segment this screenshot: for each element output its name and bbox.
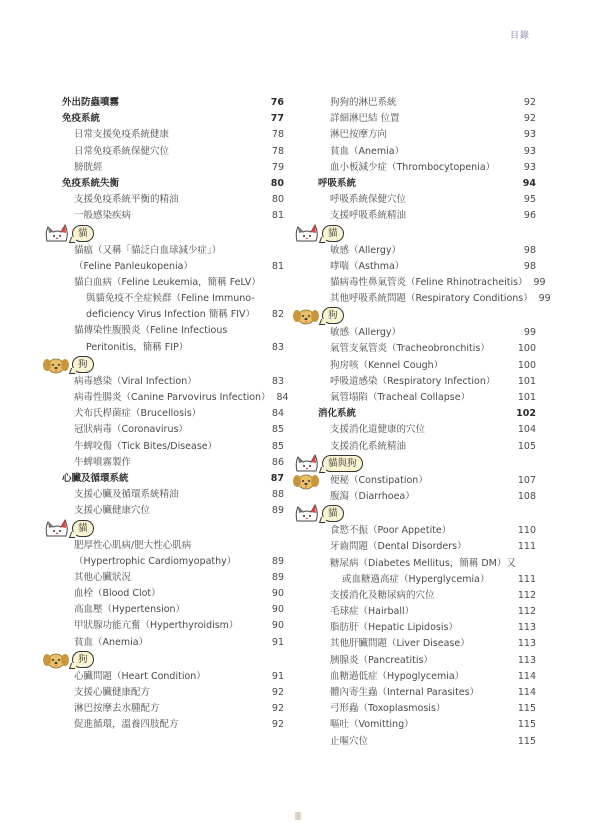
toc-entry-page: 80 — [266, 176, 284, 192]
toc-entry-page: 113 — [518, 636, 536, 652]
toc-entry[interactable]: 病毒性腸炎（Canine Parvovirus Infection）84 — [62, 390, 284, 406]
toc-entry-title: 免疫系統失衡 — [62, 176, 266, 192]
toc-entry[interactable]: 淋巴按摩去水腫配方92 — [62, 701, 284, 717]
toc-entry-title: 呼吸系統保健穴位 — [318, 192, 518, 208]
toc-entry-title: 與貓免疫不全症候群（Feline Immuno- — [62, 291, 266, 307]
toc-entry-title: deficiency Virus Infection 簡稱 FIV） — [62, 307, 266, 323]
toc-entry-title: 哮喘（Asthma） — [318, 259, 518, 275]
toc-entry-title: 血糖過低症（Hypoglycemia） — [318, 669, 518, 685]
toc-entry-page: 114 — [518, 685, 536, 701]
toc-entry-page: 91 — [266, 669, 284, 685]
toc-entry-title: 脂肪肝（Hepatic Lipidosis） — [318, 620, 518, 636]
toc-entry-title: 淋巴按摩去水腫配方 — [62, 701, 266, 717]
toc-entry-page: 112 — [518, 588, 536, 604]
toc-entry-page: 96 — [518, 208, 536, 224]
toc-entry[interactable]: 毛球症（Hairball）112 — [318, 604, 536, 620]
toc-entry-page: 85 — [266, 422, 284, 438]
cat-icon — [294, 503, 320, 523]
dog-icon — [42, 355, 70, 375]
toc-entry-page: 83 — [266, 374, 284, 390]
running-head-title: 目錄 — [510, 28, 530, 41]
toc-left-column: 外出防蟲噴霧76免疫系統77日常支援免疫系統健康78日常免疫系統保健穴位78膀胱… — [62, 95, 284, 734]
toc-entry-title: 支援消化及糖尿病的穴位 — [318, 588, 518, 604]
toc-entry-page: 108 — [518, 489, 536, 505]
dog-label-bubble: 狗 — [72, 356, 94, 373]
toc-entry[interactable]: 支援心臟健康穴位89 — [62, 503, 284, 519]
toc-entry-title: 食慾不振（Poor Appetite） — [318, 523, 518, 539]
toc-entry-page: 84 — [266, 406, 284, 422]
toc-entry-title: （Feline Panleukopenia） — [62, 259, 266, 275]
toc-entry-page: 81 — [266, 259, 284, 275]
toc-entry-page: 100 — [518, 358, 536, 374]
toc-entry-page: 91 — [266, 635, 284, 651]
cat-tag: 貓 — [62, 520, 284, 538]
toc-entry-page: 107 — [518, 473, 536, 489]
toc-entry[interactable]: 胰腺炎（Pancreatitis）113 — [318, 653, 536, 669]
toc-entry-page: 115 — [518, 701, 536, 717]
page-number-marker — [295, 812, 301, 820]
toc-entry-title: 貧血（Anemia） — [62, 635, 266, 651]
toc-entry-title: 消化系統 — [318, 406, 516, 422]
toc-block: 食慾不振（Poor Appetite）110牙齒問題（Dental Disord… — [318, 523, 536, 750]
toc-entry-title: 高血壓（Hypertension） — [62, 602, 266, 618]
toc-entry-title: 狗狗的淋巴系統 — [318, 95, 518, 111]
toc-entry-page: 90 — [266, 586, 284, 602]
toc-entry-title: 便秘（Constipation） — [318, 473, 518, 489]
toc-entry-page: 92 — [266, 717, 284, 733]
toc-entry-page: 111 — [518, 572, 536, 588]
toc-section-heading[interactable]: 免疫系統77 — [62, 111, 284, 127]
toc-entry-title: （Hypertrophic Cardiomyopathy） — [62, 554, 266, 570]
toc-entry[interactable]: 貧血（Anemia）93 — [318, 144, 536, 160]
toc-entry[interactable]: 貓白血病（Feline Leukemia，簡稱 FeLV） — [62, 275, 284, 291]
toc-block: 心臟及循環系統87支援心臟及循環系統精油88支援心臟健康穴位89 — [62, 471, 284, 520]
toc-entry[interactable]: 病毒感染（Viral Infection）83 — [62, 374, 284, 390]
toc-entry-page: 99 — [528, 275, 546, 291]
dog-tag: 狗 — [318, 307, 536, 325]
toc-entry-page: 115 — [518, 717, 536, 733]
toc-entry-title: 犬布氏桿菌症（Brucellosis） — [62, 406, 266, 422]
toc-entry-title: 貓病毒性鼻氣管炎（Feline Rhinotracheitis） — [318, 275, 528, 291]
toc-entry-page: 100 — [518, 341, 536, 357]
toc-entry-title: 淋巴按摩方向 — [318, 127, 518, 143]
toc-block: 敏感（Allergy）98哮喘（Asthma）98貓病毒性鼻氣管炎（Feline… — [318, 243, 536, 308]
cat-label-bubble: 貓 — [72, 520, 94, 537]
toc-entry-page: 99 — [533, 291, 551, 307]
dog-tag: 狗 — [62, 356, 284, 374]
toc-entry-page: 78 — [266, 127, 284, 143]
toc-entry-title: 詳細淋巴結 位置 — [318, 111, 518, 127]
toc-entry-page: 112 — [518, 604, 536, 620]
toc-entry-page: 85 — [266, 439, 284, 455]
toc-entry[interactable]: Peritonitis，簡稱 FIP）83 — [62, 340, 284, 356]
catdog-section: 便秘（Constipation）107腹瀉（Diarrhoea）108 — [318, 473, 536, 505]
toc-section-heading[interactable]: 心臟及循環系統87 — [62, 471, 284, 487]
toc-entry-title: 呼吸道感染（Respiratory Infection） — [318, 374, 518, 390]
toc-entry[interactable]: 膀胱經79 — [62, 160, 284, 176]
dog-icon — [292, 471, 320, 491]
toc-entry[interactable]: 狗房咳（Kennel Cough）100 — [318, 358, 536, 374]
cat-and-dog-tag: 貓與狗 — [318, 455, 536, 473]
toc-entry[interactable]: 哮喘（Asthma）98 — [318, 259, 536, 275]
toc-entry[interactable]: 其他肝臟問題（Liver Disease）113 — [318, 636, 536, 652]
cat-icon — [44, 223, 70, 243]
toc-entry[interactable]: 嘔吐（Vomitting）115 — [318, 717, 536, 733]
toc-entry-page: 92 — [266, 701, 284, 717]
toc-entry-page: 89 — [266, 503, 284, 519]
toc-entry[interactable]: 支援心臟健康配方92 — [62, 685, 284, 701]
toc-section-heading[interactable]: 呼吸系統94 — [318, 176, 536, 192]
toc-entry-page: 79 — [266, 160, 284, 176]
toc-entry-title: 毛球症（Hairball） — [318, 604, 518, 620]
toc-entry-title: 肥厚性心肌病/肥大性心肌病 — [62, 538, 266, 554]
dog-icon — [42, 650, 70, 670]
toc-block: 心臟問題（Heart Condition）91支援心臟健康配方92淋巴按摩去水腫… — [62, 669, 284, 734]
cat-tag: 貓 — [318, 505, 536, 523]
toc-entry-title: 止嘔穴位 — [318, 734, 518, 750]
toc-entry-page: 113 — [518, 620, 536, 636]
toc-entry[interactable]: 牛蜱噴霧製作86 — [62, 455, 284, 471]
toc-entry[interactable]: 貓病毒性鼻氣管炎（Feline Rhinotracheitis）99 — [318, 275, 536, 291]
toc-entry-title: 狗房咳（Kennel Cough） — [318, 358, 518, 374]
toc-entry-title: 貧血（Anemia） — [318, 144, 518, 160]
toc-entry-title: 糖尿病（Diabetes Mellitus，簡稱 DM）又 — [318, 556, 518, 572]
toc-entry-page: 93 — [518, 160, 536, 176]
toc-entry[interactable]: 止嘔穴位115 — [318, 734, 536, 750]
toc-entry-page: 111 — [518, 539, 536, 555]
toc-entry-page: 104 — [518, 422, 536, 438]
toc-entry[interactable]: 心臟問題（Heart Condition）91 — [62, 669, 284, 685]
toc-entry-page: 113 — [518, 653, 536, 669]
toc-entry[interactable]: 其他呼吸系統問題（Respiratory Conditions）99 — [318, 291, 536, 307]
toc-entry-title: 一般感染疾病 — [62, 208, 266, 224]
toc-entry[interactable]: 血栓（Blood Clot）90 — [62, 586, 284, 602]
cat-icon — [294, 223, 320, 243]
cat-label-bubble: 貓 — [322, 505, 344, 522]
toc-entry-title: 心臟問題（Heart Condition） — [62, 669, 266, 685]
toc-entry-page: 115 — [518, 734, 536, 750]
toc-entry[interactable]: 肥厚性心肌病/肥大性心肌病 — [62, 538, 284, 554]
toc-entry-title: 病毒性腸炎（Canine Parvovirus Infection） — [62, 390, 271, 406]
toc-entry-title: 呼吸系統 — [318, 176, 518, 192]
toc-entry-title: 支援心臟健康穴位 — [62, 503, 266, 519]
toc-entry[interactable]: 支援免疫系統平衡的精油80 — [62, 192, 284, 208]
toc-entry-title: 冠狀病毒（Coronavirus） — [62, 422, 266, 438]
toc-entry-title: 弓形蟲（Toxoplasmosis） — [318, 701, 518, 717]
toc-entry[interactable]: 貧血（Anemia）91 — [62, 635, 284, 651]
toc-entry-page: 95 — [518, 192, 536, 208]
toc-block: 狗狗的淋巴系統92詳細淋巴結 位置92淋巴按摩方向93貧血（Anemia）93血… — [318, 95, 536, 225]
toc-entry-title: 或血糖過高症（Hyperglycemia） — [318, 572, 518, 588]
toc-entry[interactable]: 或血糖過高症（Hyperglycemia）111 — [318, 572, 536, 588]
toc-entry-title: 其他肝臟問題（Liver Disease） — [318, 636, 518, 652]
toc-entry[interactable]: 支援呼吸系統精油96 — [318, 208, 536, 224]
cat-icon — [44, 518, 70, 538]
toc-entry-page: 78 — [266, 144, 284, 160]
toc-entry[interactable]: 狗狗的淋巴系統92 — [318, 95, 536, 111]
toc-entry-title: 牛蜱噴霧製作 — [62, 455, 266, 471]
toc-entry-page: 77 — [266, 111, 284, 127]
toc-entry-page: 86 — [266, 455, 284, 471]
toc-entry[interactable]: 支援消化道健康的穴位104 — [318, 422, 536, 438]
toc-entry-page: 92 — [518, 95, 536, 111]
toc-entry-title: 貓瘟（又稱「貓泛白血球減少症」） — [62, 243, 266, 259]
toc-entry-page: 93 — [518, 127, 536, 143]
toc-entry-title: 氣管塌陷（Tracheal Collapse） — [318, 390, 518, 406]
toc-entry-page: 84 — [271, 390, 289, 406]
toc-entry-title: 免疫系統 — [62, 111, 266, 127]
toc-block: 便秘（Constipation）107腹瀉（Diarrhoea）108 — [318, 473, 536, 505]
toc-entry[interactable]: 貓傳染性腹膜炎（Feline Infectious — [62, 323, 284, 339]
toc-entry-title: 甲狀腺功能亢奮（Hyperthyroidism） — [62, 618, 266, 634]
toc-entry-page: 101 — [518, 374, 536, 390]
toc-entry[interactable]: 牙齒問題（Dental Disorders）111 — [318, 539, 536, 555]
toc-block: 敏感（Allergy）99氣管支氣管炎（Tracheobronchitis）10… — [318, 325, 536, 406]
toc-entry[interactable]: 冠狀病毒（Coronavirus）85 — [62, 422, 284, 438]
toc-section-heading[interactable]: 消化系統102 — [318, 406, 536, 422]
toc-block: 外出防蟲噴霧76免疫系統77日常支援免疫系統健康78日常免疫系統保健穴位78膀胱… — [62, 95, 284, 225]
toc-entry-page: 90 — [266, 618, 284, 634]
toc-entry[interactable]: 氣管塌陷（Tracheal Collapse）101 — [318, 390, 536, 406]
toc-entry[interactable]: 糖尿病（Diabetes Mellitus，簡稱 DM）又 — [318, 556, 536, 572]
toc-entry[interactable]: 血糖過低症（Hypoglycemia）114 — [318, 669, 536, 685]
toc-entry[interactable]: 弓形蟲（Toxoplasmosis）115 — [318, 701, 536, 717]
toc-entry[interactable]: （Hypertrophic Cardiomyopathy）89 — [62, 554, 284, 570]
toc-entry-title: 血栓（Blood Clot） — [62, 586, 266, 602]
toc-entry-page: 94 — [518, 176, 536, 192]
toc-entry-title: Peritonitis，簡稱 FIP） — [62, 340, 266, 356]
toc-entry[interactable]: 敏感（Allergy）99 — [318, 325, 536, 341]
toc-entry[interactable]: 其他心臟狀況89 — [62, 570, 284, 586]
toc-entry[interactable]: 淋巴按摩方向93 — [318, 127, 536, 143]
toc-entry[interactable]: 日常支援免疫系統健康78 — [62, 127, 284, 143]
toc-entry[interactable]: 支援心臟及循環系統精油88 — [62, 487, 284, 503]
toc-entry-page: 92 — [266, 685, 284, 701]
toc-entry-title: 貓白血病（Feline Leukemia，簡稱 FeLV） — [62, 275, 266, 291]
toc-section-heading[interactable]: 免疫系統失衡80 — [62, 176, 284, 192]
toc-entry-page: 114 — [518, 669, 536, 685]
toc-entry[interactable]: 詳細淋巴結 位置92 — [318, 111, 536, 127]
toc-entry-page: 92 — [518, 111, 536, 127]
toc-entry-title: 胰腺炎（Pancreatitis） — [318, 653, 518, 669]
toc-entry-title: 血小板減少症（Thrombocytopenia） — [318, 160, 518, 176]
toc-entry-title: 體內寄生蟲（Internal Parasites） — [318, 685, 518, 701]
toc-entry[interactable]: 支援消化系統精油105 — [318, 439, 536, 455]
dog-label-bubble: 狗 — [72, 651, 94, 668]
toc-block: 消化系統102支援消化道健康的穴位104支援消化系統精油105 — [318, 406, 536, 455]
toc-entry-page: 90 — [266, 602, 284, 618]
toc-entry[interactable]: 牛蜱咬傷（Tick Bites/Disease）85 — [62, 439, 284, 455]
toc-entry-title: 日常支援免疫系統健康 — [62, 127, 266, 143]
cat-label-bubble: 貓 — [72, 225, 94, 242]
toc-entry[interactable]: 一般感染疾病81 — [62, 208, 284, 224]
toc-entry[interactable]: 甲狀腺功能亢奮（Hyperthyroidism）90 — [62, 618, 284, 634]
toc-entry-title: 貓傳染性腹膜炎（Feline Infectious — [62, 323, 266, 339]
toc-entry-title: 病毒感染（Viral Infection） — [62, 374, 266, 390]
dog-label-bubble: 狗 — [322, 307, 344, 324]
toc-entry-page: 83 — [266, 340, 284, 356]
toc-right-column: 狗狗的淋巴系統92詳細淋巴結 位置92淋巴按摩方向93貧血（Anemia）93血… — [318, 95, 536, 750]
toc-entry[interactable]: 日常免疫系統保健穴位78 — [62, 144, 284, 160]
toc-entry-page: 99 — [518, 325, 536, 341]
dog-icon — [292, 306, 320, 326]
toc-entry[interactable]: 貓瘟（又稱「貓泛白血球減少症」） — [62, 243, 284, 259]
toc-entry[interactable]: 便秘（Constipation）107 — [318, 473, 536, 489]
toc-entry[interactable]: 脂肪肝（Hepatic Lipidosis）113 — [318, 620, 536, 636]
toc-entry[interactable]: deficiency Virus Infection 簡稱 FIV）82 — [62, 307, 284, 323]
toc-entry[interactable]: 呼吸系統保健穴位95 — [318, 192, 536, 208]
toc-entry-title: 氣管支氣管炎（Tracheobronchitis） — [318, 341, 518, 357]
toc-entry-page: 88 — [266, 487, 284, 503]
toc-entry-title: 腹瀉（Diarrhoea） — [318, 489, 518, 505]
toc-entry-title: 牙齒問題（Dental Disorders） — [318, 539, 518, 555]
dog-tag: 狗 — [62, 651, 284, 669]
toc-entry-title: 日常免疫系統保健穴位 — [62, 144, 266, 160]
toc-entry-title: 其他心臟狀況 — [62, 570, 266, 586]
toc-entry[interactable]: 體內寄生蟲（Internal Parasites）114 — [318, 685, 536, 701]
toc-entry-page: 93 — [518, 144, 536, 160]
toc-entry[interactable]: 與貓免疫不全症候群（Feline Immuno- — [62, 291, 284, 307]
toc-entry-page: 110 — [518, 523, 536, 539]
toc-block: 肥厚性心肌病/肥大性心肌病（Hypertrophic Cardiomyopath… — [62, 538, 284, 651]
toc-entry-page: 87 — [266, 471, 284, 487]
cat-tag: 貓 — [62, 225, 284, 243]
cat-icon — [294, 453, 320, 473]
toc-entry-page: 89 — [266, 554, 284, 570]
toc-entry[interactable]: 腹瀉（Diarrhoea）108 — [318, 489, 536, 505]
toc-entry[interactable]: （Feline Panleukopenia）81 — [62, 259, 284, 275]
toc-entry-title: 心臟及循環系統 — [62, 471, 266, 487]
toc-entry-title: 敏感（Allergy） — [318, 243, 518, 259]
toc-entry-title: 支援消化道健康的穴位 — [318, 422, 518, 438]
toc-entry-title: 外出防蟲噴霧 — [62, 95, 266, 111]
toc-entry-page: 82 — [266, 307, 284, 323]
toc-entry-title: 促進循環，溫養四肢配方 — [62, 717, 266, 733]
toc-entry-page: 102 — [516, 406, 536, 422]
toc-entry-title: 嘔吐（Vomitting） — [318, 717, 518, 733]
toc-entry-page: 105 — [518, 439, 536, 455]
cat-and-dog-label-bubble: 貓與狗 — [322, 455, 363, 472]
toc-entry-page: 76 — [266, 95, 284, 111]
toc-entry[interactable]: 呼吸道感染（Respiratory Infection）101 — [318, 374, 536, 390]
toc-entry-title: 支援心臟及循環系統精油 — [62, 487, 266, 503]
toc-entry-page: 89 — [266, 570, 284, 586]
toc-entry-title: 膀胱經 — [62, 160, 266, 176]
toc-entry-title: 支援呼吸系統精油 — [318, 208, 518, 224]
toc-entry-title: 敏感（Allergy） — [318, 325, 518, 341]
toc-entry[interactable]: 促進循環，溫養四肢配方92 — [62, 717, 284, 733]
toc-entry-title: 支援免疫系統平衡的精油 — [62, 192, 266, 208]
toc-entry[interactable]: 敏感（Allergy）98 — [318, 243, 536, 259]
cat-tag: 貓 — [318, 225, 536, 243]
toc-entry[interactable]: 食慾不振（Poor Appetite）110 — [318, 523, 536, 539]
toc-entry-title: 其他呼吸系統問題（Respiratory Conditions） — [318, 291, 533, 307]
toc-entry-page: 80 — [266, 192, 284, 208]
toc-entry-page: 98 — [518, 243, 536, 259]
toc-section-heading[interactable]: 外出防蟲噴霧76 — [62, 95, 284, 111]
toc-block: 病毒感染（Viral Infection）83病毒性腸炎（Canine Parv… — [62, 374, 284, 471]
toc-entry-page: 98 — [518, 259, 536, 275]
toc-entry-title: 支援心臟健康配方 — [62, 685, 266, 701]
toc-entry[interactable]: 犬布氏桿菌症（Brucellosis）84 — [62, 406, 284, 422]
toc-entry[interactable]: 血小板減少症（Thrombocytopenia）93 — [318, 160, 536, 176]
toc-entry-title: 牛蜱咬傷（Tick Bites/Disease） — [62, 439, 266, 455]
toc-entry[interactable]: 高血壓（Hypertension）90 — [62, 602, 284, 618]
toc-entry[interactable]: 氣管支氣管炎（Tracheobronchitis）100 — [318, 341, 536, 357]
toc-entry-page: 81 — [266, 208, 284, 224]
cat-label-bubble: 貓 — [322, 225, 344, 242]
toc-block: 貓瘟（又稱「貓泛白血球減少症」）（Feline Panleukopenia）81… — [62, 243, 284, 356]
toc-entry-title: 支援消化系統精油 — [318, 439, 518, 455]
toc-entry-page: 101 — [518, 390, 536, 406]
toc-entry[interactable]: 支援消化及糖尿病的穴位112 — [318, 588, 536, 604]
